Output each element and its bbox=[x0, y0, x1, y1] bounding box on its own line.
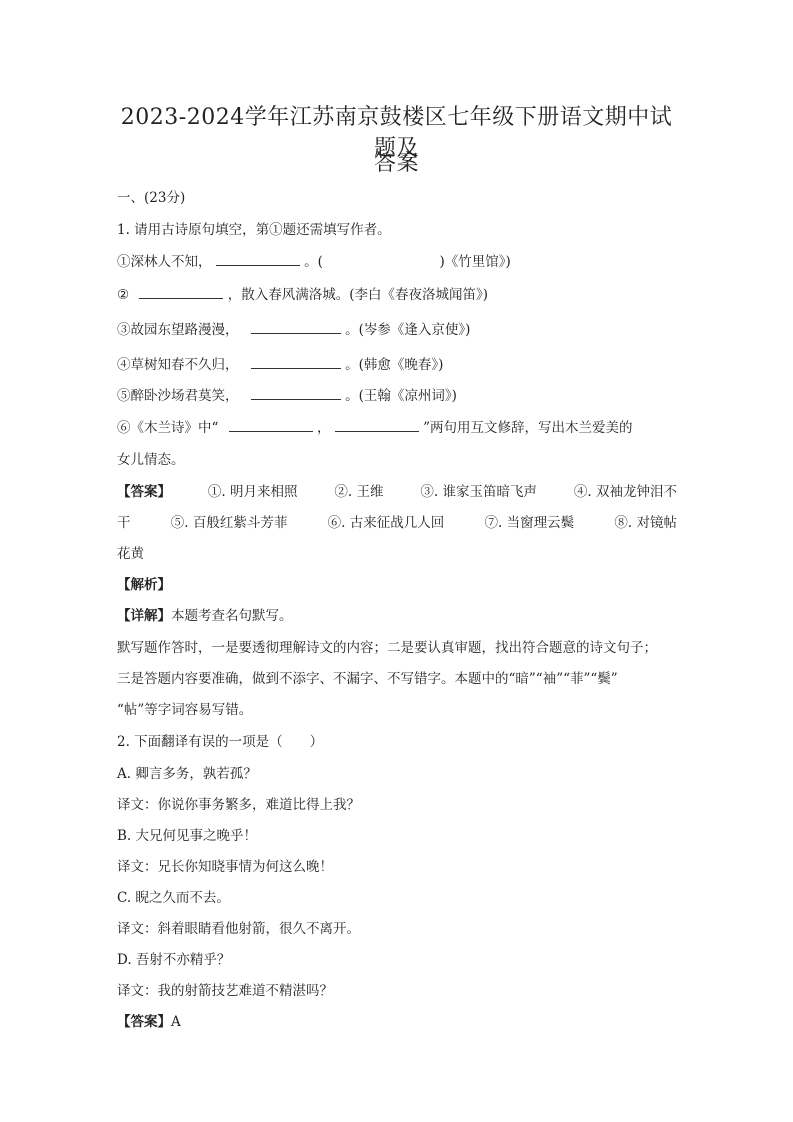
explanation-line-2: 三是答题内容要准确，做到不添字、不漏字、不写错字。本题中的“暗”“袖”“菲”“鬓… bbox=[117, 667, 618, 687]
detail-line: 【详解】本题考查名句默写。 bbox=[117, 604, 293, 624]
q2-option-a: A. 卿言多务，孰若孤？ bbox=[117, 762, 257, 782]
q1-answer-line1: 【答案】 ①. 明月来相照 ②. 王维 ③. 谁家玉笛暗飞声 ④. 双袖龙钟泪不 bbox=[117, 480, 677, 500]
answer-blank bbox=[335, 419, 419, 432]
answer-blank bbox=[251, 356, 341, 369]
q2-option-b: B. 大兄何见事之晚乎！ bbox=[117, 824, 257, 844]
q1-item-3: ③故园东望路漫漫， 。(岑参《逢入京使》) bbox=[117, 318, 470, 338]
q1-item-5: ⑤醉卧沙场君莫笑， 。(王翰《凉州词》) bbox=[117, 384, 457, 404]
answer-blank bbox=[139, 286, 223, 299]
q2-option-a-translation: 译文：你说你事务繁多，难道比得上我？ bbox=[117, 793, 360, 813]
answer-blank bbox=[251, 387, 341, 400]
q1-item-6-continuation: 女儿情态。 bbox=[117, 448, 185, 468]
q1-stem: 1. 请用古诗原句填空，第①题还需填写作者。 bbox=[117, 218, 391, 238]
section-header: 一、(23分) bbox=[117, 186, 185, 206]
q2-answer: 【答案】A bbox=[117, 1010, 181, 1030]
q1-item-6: ⑥《木兰诗》中“ ， ”两句用互文修辞，写出木兰爱美的 bbox=[117, 416, 633, 436]
q2-option-c: C. 睨之久而不去。 bbox=[117, 886, 230, 906]
answer-blank bbox=[251, 321, 341, 334]
detail-label: 【详解】 bbox=[117, 608, 171, 624]
analysis-label: 【解析】 bbox=[117, 573, 171, 593]
q2-option-b-translation: 译文：兄长你知晓事情为何这么晚！ bbox=[117, 855, 333, 875]
q1-item-1: ①深林人不知， 。( )《竹里馆》) bbox=[117, 250, 511, 270]
q1-item-2: ② ，散入春风满洛城。(李白《春夜洛城闻笛》) bbox=[117, 283, 488, 303]
q2-option-d: D. 吾射不亦精乎？ bbox=[117, 948, 230, 968]
q2-stem: 2. 下面翻译有误的一项是（ ） bbox=[117, 730, 323, 750]
q2-option-d-translation: 译文：我的射箭技艺难道不精湛吗？ bbox=[117, 979, 333, 999]
answer-label: 【答案】 bbox=[117, 1014, 171, 1030]
q1-answer-line3: 花黄 bbox=[117, 542, 144, 562]
answer-blank bbox=[216, 253, 300, 266]
q1-answer-line2: 干 ⑤. 百般红紫斗芳菲 ⑥. 古来征战几人回 ⑦. 当窗理云鬓 ⑧. 对镜帖 bbox=[117, 511, 677, 531]
document-title-line2: 答案 bbox=[110, 146, 683, 177]
explanation-line-3: “帖”等字词容易写错。 bbox=[117, 698, 252, 718]
q2-option-c-translation: 译文：斜着眼睛看他射箭，很久不离开。 bbox=[117, 917, 360, 937]
explanation-line-1: 默写题作答时，一是要透彻理解诗文的内容；二是要认真审题，找出符合题意的诗文句子； bbox=[117, 636, 657, 656]
answer-label: 【答案】 bbox=[117, 480, 171, 500]
answer-value: A bbox=[171, 1014, 181, 1030]
document-page: 2023-2024学年江苏南京鼓楼区七年级下册语文期中试题及 答案 一、(23分… bbox=[0, 0, 793, 1122]
q1-item-4: ④草树知春不久归， 。(韩愈《晚春》) bbox=[117, 353, 443, 373]
answer-blank bbox=[229, 419, 313, 432]
